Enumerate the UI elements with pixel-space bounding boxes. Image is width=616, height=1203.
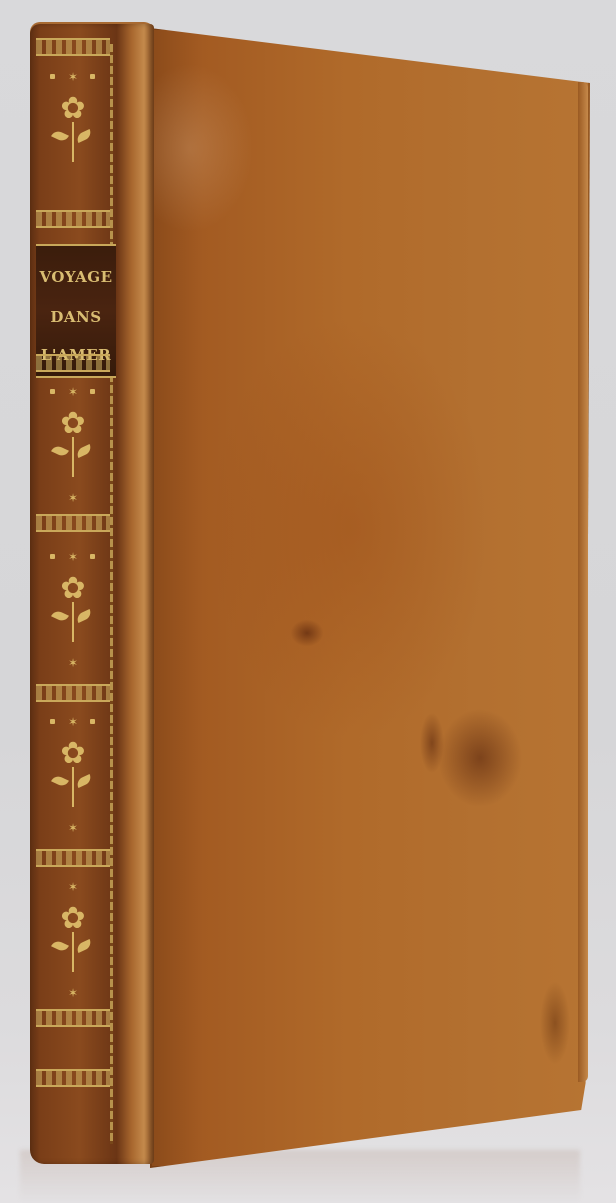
stem-ornament (72, 437, 74, 477)
gilt-band (36, 849, 110, 867)
gilt-band (36, 684, 110, 702)
flower-icon: ✿ (60, 739, 85, 769)
gilt-border-rule (110, 44, 113, 1144)
dot-ornament (90, 74, 95, 79)
leaf-ornament (75, 939, 93, 953)
star-icon: ✶ (68, 715, 78, 729)
star-icon: ✶ (68, 821, 78, 835)
spine-panel: ✶ ✿ ✶ (38, 874, 108, 1014)
dot-ornament (50, 719, 55, 724)
stem-ornament (72, 122, 74, 162)
gilt-band (36, 38, 110, 56)
flower-icon: ✿ (60, 409, 85, 439)
gilt-band (36, 1009, 110, 1027)
leaf-ornament (75, 129, 93, 143)
dot-ornament (90, 554, 95, 559)
star-icon: ✶ (68, 70, 78, 84)
front-cover (150, 28, 590, 1168)
leaf-ornament (51, 444, 69, 458)
dot-ornament (90, 389, 95, 394)
stem-ornament (72, 932, 74, 972)
title-line-2: DANS (36, 308, 116, 326)
book-spine: ✶ ✿ VOYAGE DANS L'AMER ✶ ✿ ✶ ✶ (30, 24, 154, 1164)
leaf-ornament (51, 774, 69, 788)
gilt-band (36, 210, 110, 228)
star-icon: ✶ (68, 880, 78, 894)
spine-panel: ✶ ✿ (38, 64, 108, 204)
photo-scene: ✶ ✿ VOYAGE DANS L'AMER ✶ ✿ ✶ ✶ (0, 0, 616, 1203)
flower-icon: ✿ (60, 94, 85, 124)
spine-panel: ✶ ✿ ✶ (38, 379, 108, 519)
leaf-ornament (75, 774, 93, 788)
spine-panel: ✶ ✿ ✶ (38, 544, 108, 684)
star-icon: ✶ (68, 550, 78, 564)
flower-icon: ✿ (60, 574, 85, 604)
gilt-band (36, 514, 110, 532)
dot-ornament (50, 389, 55, 394)
spine-panel: ✶ ✿ ✶ (38, 709, 108, 849)
title-line-1: VOYAGE (36, 268, 116, 286)
star-icon: ✶ (68, 491, 78, 505)
star-icon: ✶ (68, 385, 78, 399)
star-icon: ✶ (68, 986, 78, 1000)
leaf-ornament (51, 609, 69, 623)
dot-ornament (90, 719, 95, 724)
fore-edge (578, 82, 588, 1082)
star-icon: ✶ (68, 656, 78, 670)
leaf-ornament (75, 444, 93, 458)
flower-icon: ✿ (60, 904, 85, 934)
stem-ornament (72, 767, 74, 807)
stem-ornament (72, 602, 74, 642)
dot-ornament (50, 74, 55, 79)
leaf-ornament (75, 609, 93, 623)
leaf-ornament (51, 129, 69, 143)
leaf-ornament (51, 939, 69, 953)
dot-ornament (50, 554, 55, 559)
gilt-band (36, 1069, 110, 1087)
gilt-band (36, 354, 110, 372)
